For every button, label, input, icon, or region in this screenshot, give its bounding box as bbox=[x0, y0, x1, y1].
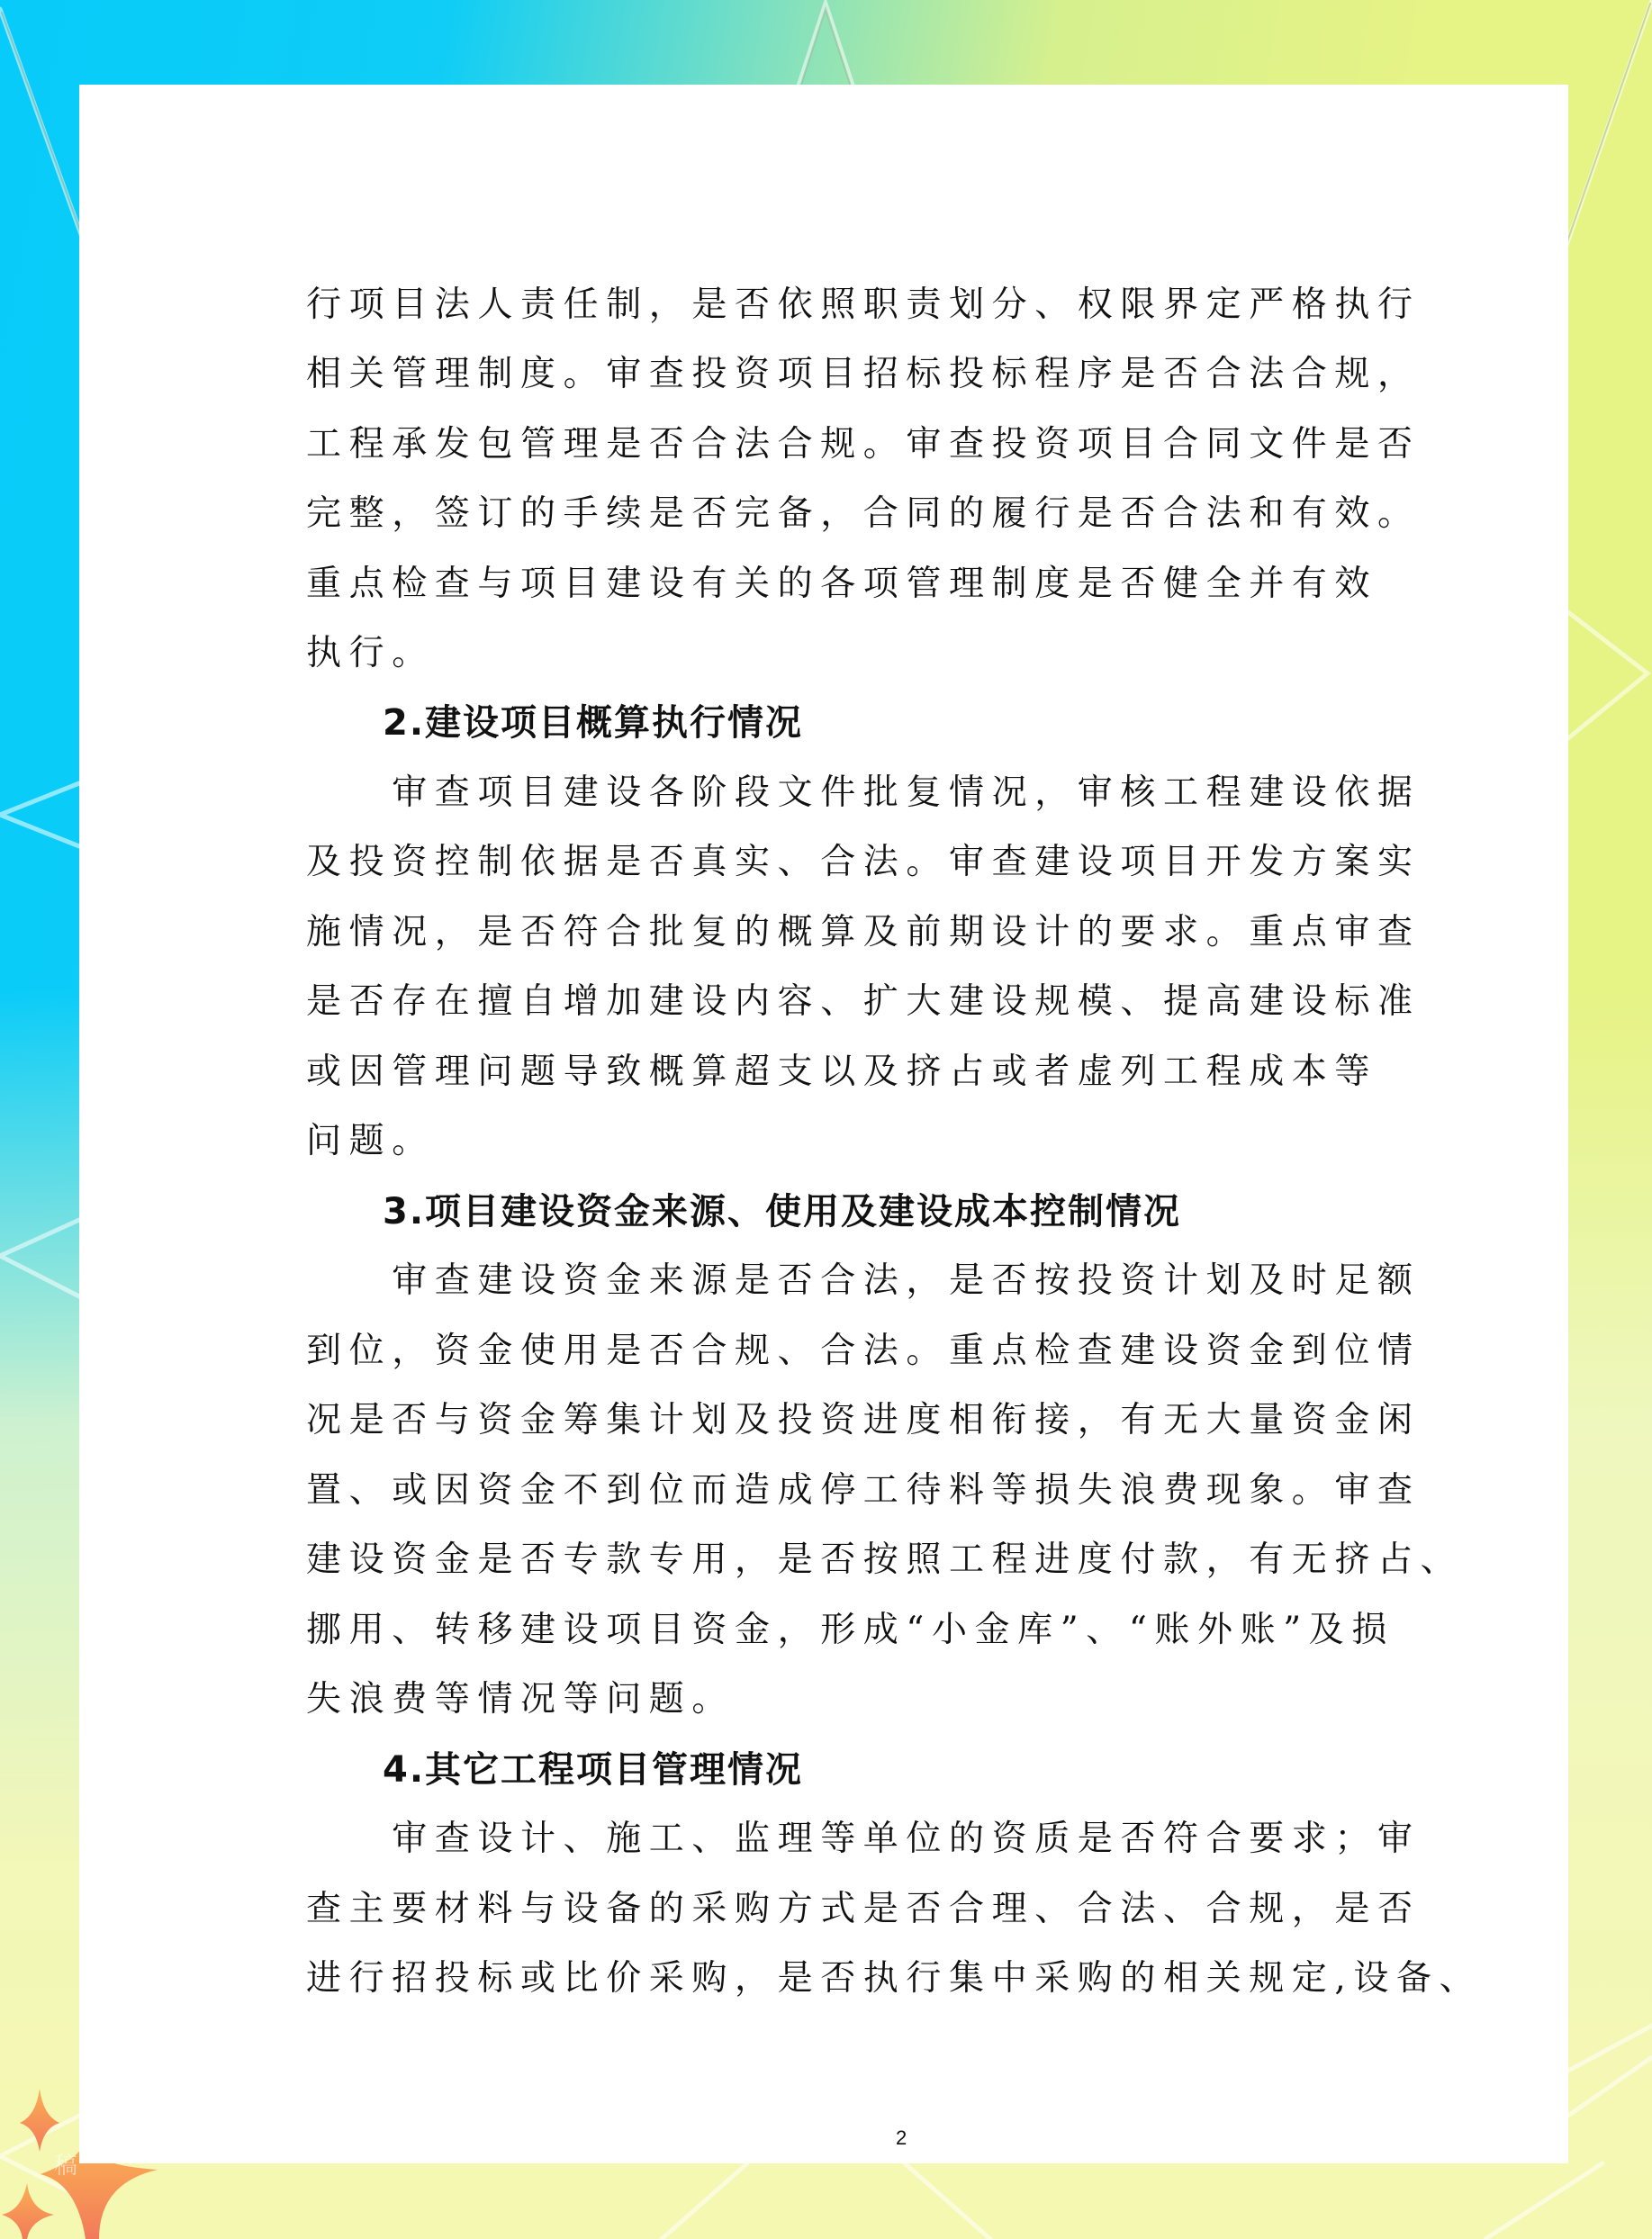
body-line: 相关管理制度。审查投资项目招标投标程序是否合法合规， bbox=[306, 354, 1421, 395]
body-line: 执行。 bbox=[306, 633, 435, 674]
body-line: 查主要材料与设备的采购方式是否合理、合法、合规，是否 bbox=[306, 1889, 1421, 1930]
body-line: 施情况，是否符合批复的概算及前期设计的要求。重点审查 bbox=[306, 912, 1421, 953]
body-line: 是否存在擅自增加建设内容、扩大建设规模、提高建设标准 bbox=[306, 981, 1421, 1023]
body-line: 挪用、转移建设项目资金，形成“小金库”、“账外账”及损 bbox=[306, 1610, 1395, 1651]
body-line: 况是否与资金筹集计划及投资进度相衔接，有无大量资金闲 bbox=[306, 1400, 1421, 1441]
section-heading: 2.建设项目概算执行情况 bbox=[383, 702, 803, 744]
body-line: 到位，资金使用是否合规、合法。重点检查建设资金到位情 bbox=[306, 1331, 1421, 1372]
body-line: 及投资控制依据是否真实、合法。审查建设项目开发方案实 bbox=[306, 842, 1421, 883]
body-line: 审查项目建设各阶段文件批复情况，审核工程建设依据 bbox=[306, 772, 1421, 814]
body-line: 进行招投标或比价采购，是否执行集中采购的相关规定,设备、 bbox=[306, 1958, 1482, 2000]
body-line: 完整，签订的手续是否完备，合同的履行是否合法和有效。 bbox=[306, 493, 1421, 535]
body-line: 重点检查与项目建设有关的各项管理制度是否健全并有效 bbox=[306, 564, 1377, 605]
watermark-text: 稿 bbox=[54, 2147, 77, 2180]
body-line: 问题。 bbox=[306, 1121, 435, 1162]
body-line: 失浪费等情况等问题。 bbox=[306, 1679, 735, 1720]
body-line: 或因管理问题导致概算超支以及挤占或者虚列工程成本等 bbox=[306, 1052, 1377, 1093]
body-line: 审查建设资金来源是否合法，是否按投资计划及时足额 bbox=[306, 1260, 1421, 1302]
body-line: 建设资金是否专款专用，是否按照工程进度付款，有无挤占、 bbox=[306, 1539, 1463, 1581]
body-line: 置、或因资金不到位而造成停工待料等损失浪费现象。审查 bbox=[306, 1470, 1421, 1512]
star-small-icon bbox=[20, 2089, 59, 2152]
body-line: 工程承发包管理是否合法合规。审查投资项目合同文件是否 bbox=[306, 424, 1421, 465]
star-left-icon bbox=[2, 2183, 54, 2239]
body-line: 审查设计、施工、监理等单位的资质是否符合要求；审 bbox=[306, 1819, 1421, 1860]
section-heading: 3.项目建设资金来源、使用及建设成本控制情况 bbox=[383, 1191, 1181, 1232]
page-number: 2 bbox=[896, 2126, 907, 2150]
body-line: 行项目法人责任制，是否依照职责划分、权限界定严格执行 bbox=[306, 284, 1421, 326]
section-heading: 4.其它工程项目管理情况 bbox=[383, 1749, 803, 1791]
